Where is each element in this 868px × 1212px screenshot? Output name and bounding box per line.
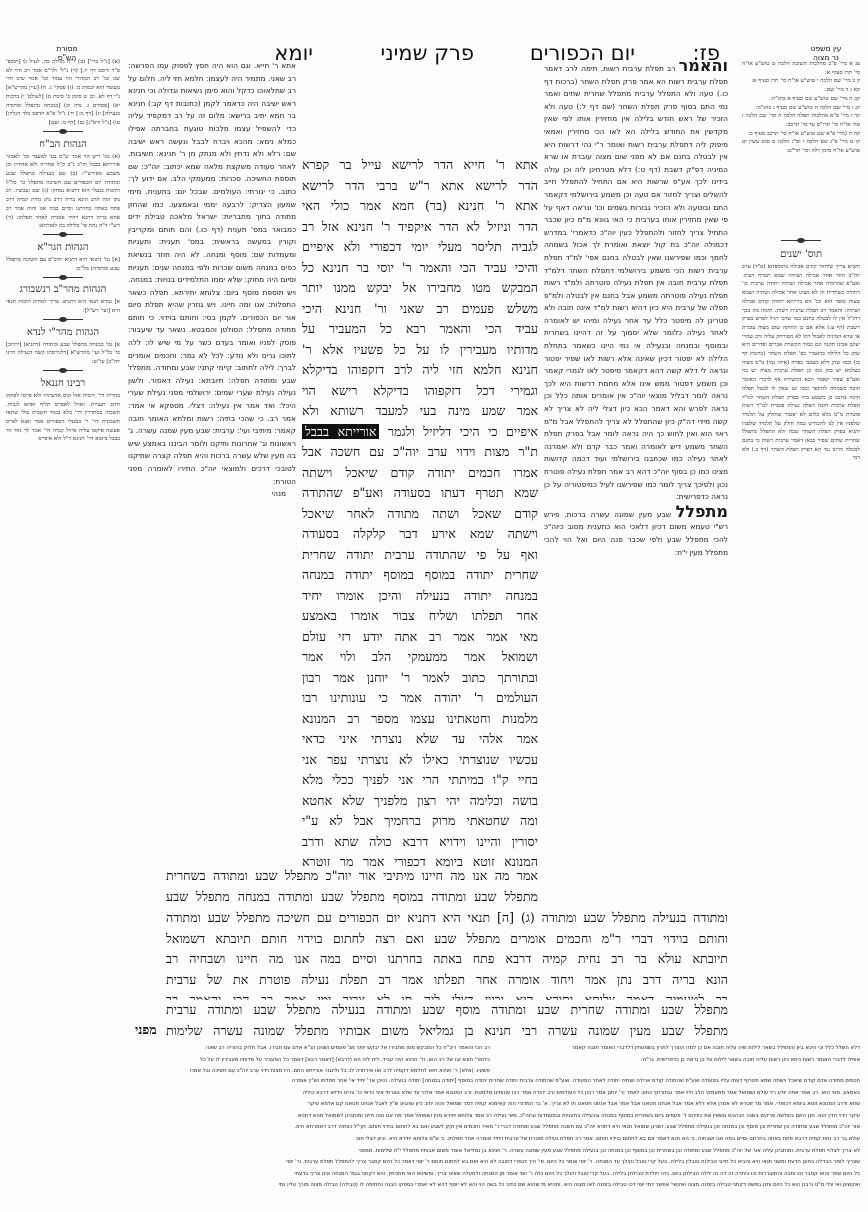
gemara-line: קודם שאכל ושתה מתודה לאחר שיאכל <box>302 504 538 525</box>
ein-mishpat-column: צג א מיי' פ"ב מהלכות תשובה הלכה ט טוש"ע … <box>742 60 860 236</box>
footer-commentary-main: חכמים מתודה אדם קודם שיאכל וישתה שמא תטר… <box>40 1076 860 1201</box>
rabbeinu-chananel-text: בחריה דר' ירמיה אזל קום אדעתיה ולא פייסו… <box>6 392 120 444</box>
hagahot-maharab-title: הגהות מהר"ב רנשבורג <box>6 283 120 296</box>
tosafot-yeshanim-title: תוס' ישנים <box>742 248 860 261</box>
gemara-wide-text: אמר מה אנו מה חיינו מיתיבי אור יוה"כ מתפ… <box>166 866 538 908</box>
gemara-line: המנונא זוטא ביומא דכפורי אמר מר זוטרא <box>302 852 538 867</box>
tosafot-tail <box>544 866 728 906</box>
gemara-line: מאי אמר אמר רב אתה יודע רזי עולם <box>302 627 538 648</box>
tosafot-text: רב תפלת ערבית רשות. תימה לרב דאמר תפלת ע… <box>544 64 728 501</box>
ein-mishpat-entry: קד ז מיי' פ"א מהלכות תפלה הלכה ח וסי' שם… <box>742 112 860 129</box>
tosafot-yeshanim-text: וחביא צריך שיחזור קודם אכילה בתוספתא (פ"… <box>742 263 860 463</box>
gemara-final-lines: מתפלל שבע ומתודה שחרית שבע ומתודה מוסף ש… <box>166 1000 728 1044</box>
footer-line: רב הכי והאמר ריב"ח כל המבקש מטו מחבירו א… <box>120 1043 490 1055</box>
highlighted-phrase[interactable]: אורייתא בבבל <box>302 424 379 439</box>
mesoret-hashas-text: (א) [נ"ל ברי'] (ב) ר"ה מגילה כה. לעיל ג)… <box>6 58 120 128</box>
ornament-divider <box>742 236 860 244</box>
gemara-line: הדר וניזיל לא הדר איקפיד ר' חנינא אזל רב <box>302 217 538 238</box>
footer-line: שצריך לומר הבדלה בחונן הדעת ומשני תנאי ה… <box>40 1157 860 1169</box>
gemara-line: וישתה שמא אירע דבר קלקלה בסעודה <box>302 524 538 545</box>
ein-mishpat-entry: קא ג ד מיי' שם: <box>742 86 860 95</box>
gemara-line: שמא תטרף דעתו בסעודה ואע"פ שהתודה <box>302 483 538 504</box>
gemara-line: ומה שחטאתי מרוק ברחמיך אבל לא ע"י <box>302 811 538 832</box>
gemara-line: עביד הכי והאמר רבא כל המעביר על <box>302 319 538 340</box>
tosafot-yeshanim-column: תוס' ישנים וחביא צריך שיחזור קודם אכילה … <box>742 246 860 1036</box>
gemara-line: בחיי ק"ו במיתתי הרי אני לפניך ככלי מלא <box>302 770 538 791</box>
gemara-line: מתפלל שבע ומתודה במוסף מתפלל שבע ומתודה … <box>166 887 538 908</box>
gemara-line: מדותיו מעבירין לו על כל פשעיו אלא ר' <box>302 340 538 361</box>
gemara-line: בושה וכלימה יהי רצון מלפניך שלא אחטא <box>302 791 538 812</box>
footer-line: אור יוה"כ מתפלל שבע ומתודה וכן שחרית וכן… <box>40 1122 860 1134</box>
footer-line: עיקר וידוי הדין הוא. תנן התם בשלשה פרקים… <box>40 1111 860 1123</box>
footer-line: לא צריך לצלויי תפלת ערבית. ומותבינן עליה… <box>40 1146 860 1158</box>
gemara-line: יסורין והיינו וידויא דרבא כולה שתא ודרב <box>302 832 538 853</box>
gemara-line-highlight: איפיים כי היכי דליזיל ולגמר אורייתא בבבל <box>302 422 538 443</box>
hagahot-maharay-title: הגהות מהר"י לנדא <box>6 326 120 339</box>
hagahot-hagra-text: [א] גמ' (תנאי היא דתניא יוהכ"פ עם חשיכה … <box>6 256 120 273</box>
footer-line: כלומר' תונא ובו של רב הוא. וד' חנינא היכ… <box>120 1055 490 1067</box>
rashi-column: אתא ר' חייא. וגם הוא היה חפץ לפסוק עמו ה… <box>128 60 296 864</box>
gemara-line: העולמים ר' יהודה אמר כי עונותינו רבו <box>302 688 538 709</box>
ein-mishpat-entry: צג א מיי' פ"ב מהלכות תשובה הלכה ט טוש"ע … <box>742 60 860 77</box>
gemara-line: אחר תפלתו ושליח צבור אומרו באמצע <box>302 606 538 627</box>
ornament-divider <box>6 231 120 239</box>
gemara-line: ובתורתך כתוב לאמר ר' יוחנן אמר רבון <box>302 668 538 689</box>
footer-line: אפילו לדברי האומר רשות ניחא כיון רשות על… <box>500 1055 860 1067</box>
gemara-line: אמר שמע מינה בעי למעבד רשותא ולא <box>302 401 538 422</box>
ein-mishpat-entry: קו ט מיי' פ"ג שם הלכה ו ופ"ג הלכה ט סמג … <box>742 138 860 155</box>
hagahot-habach-text: (א) גמ' ריש הוי אמר ש"מ בעי למעבד וכו' ל… <box>6 153 120 231</box>
gemara-line: תיובתא עולא בר רב נחית קמיה דרבא פתח באת… <box>166 949 728 970</box>
footer-line: דלא השלל כלל וכי היכא ביון והתפלל בשאר ל… <box>500 1043 860 1055</box>
gemara-line: אמרו חכמים יתודה קודם שיאכל וישתה <box>302 463 538 484</box>
gemara-main-text: אתא ר' חייא הדר לרישא עייל בר קפרא הדר ל… <box>302 155 538 867</box>
tosafot-opening-word: והאמר <box>679 60 728 75</box>
footer-left-col: רב הכי והאמר ריב"ח כל המבקש מטו מחבירו א… <box>120 1043 490 1078</box>
gemara-line: במנחה יתודה בנעילה והיכן אומרו יחיד <box>302 586 538 607</box>
perek-name: פרק שמיני <box>381 40 475 66</box>
gemara-line: לגביה תליסר מעלי יומי דכפורי ולא איפיים <box>302 237 538 258</box>
gemara-catchword: מפני <box>135 1020 157 1041</box>
footer-line: באמצע. מאי הוא. רב אמר אתה יודע רזי עולם… <box>40 1088 860 1100</box>
gemara-line: המבקש מטו מחבירו אל יבקש ממנו יותר <box>302 278 538 299</box>
gemara-line: וגמירי דכל דזקפוהו בדיקלא רישא הוי <box>302 381 538 402</box>
rabbeinu-chananel-title: רבינו חננאל <box>6 377 120 390</box>
gemara-line: משלש פעמים רב שאני ור' חנינא היכי <box>302 299 538 320</box>
gemara-line: ת"ר מצות וידוי ערב יוה"כ עם חשכה אבל <box>302 442 538 463</box>
gemara-line: וחותם בוידוי דברי ר"מ וחכמים אומרים מתפל… <box>166 929 728 950</box>
footer-line: שתא ודרב המנונא זוטא ביומא דכפורי. אמר מ… <box>40 1099 860 1111</box>
ein-mishpat-entry: קה ח (מיי' פ"א שם טוש"ע או"ח סי' תרכב סע… <box>742 130 860 139</box>
gemara-line: אתא ר' חייא הדר לרישא עייל בר קפרא <box>302 155 538 176</box>
ornament-divider <box>6 316 120 324</box>
footer-right-col: דלא השלל כלל וכי היכא ביון והתפלל בשאר ל… <box>500 1043 860 1078</box>
gemara-line: עכשיו שנוצרתי כאילו לא נוצרתי עפר אני <box>302 750 538 771</box>
gemara-line: מלמנות וחטאתינו עצמו מספר רב המנונא <box>302 709 538 730</box>
gemara-line: הדר לרישא אתא ר"ש ברבי הדר לרישא <box>302 176 538 197</box>
ornament-divider <box>6 273 120 281</box>
gemara-line-prefix: איפיים כי היכי דליזיל ולגמר <box>388 424 538 439</box>
hagahot-maharab-text: א] גמרא תנאי היא דתניא. צריך למחוק תיבות… <box>6 298 120 315</box>
rashi-catchword: מנהי <box>128 488 296 501</box>
gemara-line: אתא ר' חנינא (בר) חמא אמר כולי האי <box>302 196 538 217</box>
ein-mishpat-entry: ק ב מיי' שם הלכה י טוש"ע או"ח סי' תרו סע… <box>742 77 860 86</box>
gemara-line: הונא בריה דרב נתן אמר ויחוד אומרה אחר תפ… <box>166 970 728 991</box>
footer-line: ואקשינן ואי צלי מ"ט ורבנן הוא כל היום ות… <box>40 1180 860 1192</box>
footer-line: כל היום אמר והוא קסבר וכו ותבה והתעוררות… <box>40 1169 860 1181</box>
gemara-line: מתפלל שבע מעין שמונה עשרה רבי חנינא בן ג… <box>166 1021 728 1042</box>
ein-mishpat-label-line1: עין משפט <box>796 44 856 53</box>
gemara-line: אמר אלהי עד שלא נוצרתי איני כדאי <box>302 729 538 750</box>
gemara-line: אמר מה אנו מה חיינו מיתיבי אור יוה"כ מתפ… <box>166 866 538 887</box>
footer-line: חכמים מתודה אדם קודם שיאכל וישתה שמא תטר… <box>40 1076 860 1088</box>
tosafot-column: והאמר רב תפלת ערבית רשות. תימה לרב דאמר … <box>544 60 728 858</box>
hagahot-hagra-title: הגהות הגר"א <box>6 241 120 254</box>
ein-mishpat-entry: קב ה מיי' שם טוש"ע שם סעיף א בהג"ה: <box>742 95 860 104</box>
gemara-line: שחרית יתודה במוסף במוסף יתודה במנחה <box>302 565 538 586</box>
ein-mishpat-entry: קג ו מיי' שם הלכה ח טוש"ע שם סעיף ג בהג"… <box>742 104 860 113</box>
gemara-line: חנינא חלמא חזי ליה לרב דזקפוהו בדיקלא <box>302 360 538 381</box>
footer-line: עולא בר רב נחת קמיה דרבא פתח באתה בחרתנו… <box>40 1134 860 1146</box>
ornament-divider <box>6 367 120 375</box>
gemara-line: ואף על פי שהתודה ערבית יתודה שחרית <box>302 545 538 566</box>
gemara-line: מתפלל שבע ומתודה שחרית שבע ומתודה מוסף ש… <box>166 1000 728 1021</box>
mesoret-label-line1: מסורת <box>42 44 92 53</box>
hagahot-habach-title: הגהות הב"ח <box>6 138 120 151</box>
gemara-line: והיכי עביד הכי והאמר ר' יוסי בר חנינא כל <box>302 258 538 279</box>
rashi-text: אתא ר' חייא. וגם הוא היה חפץ לפסוק עמו ה… <box>128 61 296 486</box>
gemara-line: ושמואל אמר ממעמקי הלב ולוי אמר <box>302 647 538 668</box>
gemara-line: ומתודה בנעילה מתפלל שבע ומתודה (ג) [ה] ת… <box>166 908 728 929</box>
hagahot-maharay-text: א] גמ' במנחה מתפלל שבע ומתודה (דתניא) [י… <box>6 341 120 367</box>
left-margin-column: (א) [נ"ל ברי'] (ב) ר"ה מגילה כה. לעיל ג)… <box>6 58 120 1038</box>
tosafot-second-dibbur: מתפלל <box>676 502 728 521</box>
ornament-divider <box>6 128 120 136</box>
